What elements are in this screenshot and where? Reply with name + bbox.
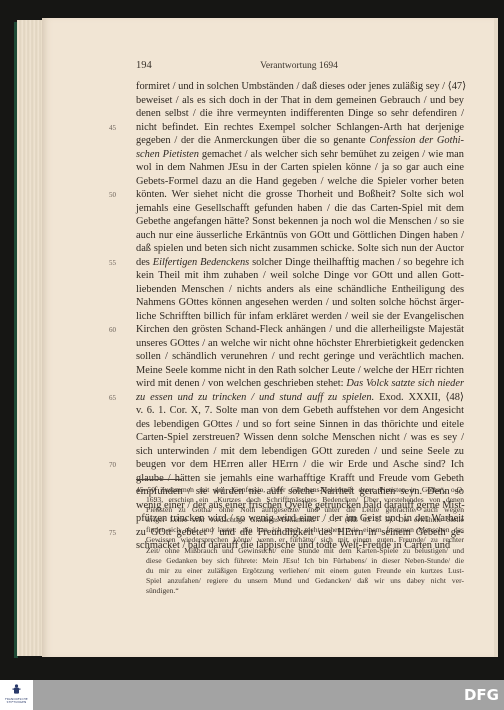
main-text-block: formiret / und in solchen Umbständen / d… — [136, 80, 464, 553]
text-line: 70beugen vor dem HErren aller HErrn / di… — [136, 458, 464, 472]
page-header: 194 Verantwortung 1694 — [136, 60, 462, 74]
library-logo-text: FRANCKESCHE STIFTUNGEN — [2, 698, 31, 705]
text-line: unseres GOttes / an welche wir nicht ohn… — [136, 337, 464, 351]
footnote-line: findet sich ebd. und lautet: „So kan ich… — [136, 525, 464, 535]
footnote-line: sündigen.“ — [136, 586, 464, 596]
text-line: wird mit denen / von welchen geschrieben… — [136, 377, 464, 391]
text-line: formiret / und in solchen Umbständen / d… — [136, 80, 464, 94]
orphan-figure-icon — [12, 684, 21, 695]
text-line: liche Schrifften billich für infam erklä… — [136, 310, 464, 324]
text-line: sich unterwinden / mit dem lebendigen GO… — [136, 445, 464, 459]
text-line: sollen / schändlich verunehren / und rec… — [136, 350, 464, 364]
text-line: wol in dem Nahmen JEsu in der Carten spi… — [136, 161, 464, 175]
text-line: 60Kirchen den grösten Schand-Fleck anhän… — [136, 323, 464, 337]
text-line: liebenden Menschen / nichts anders als e… — [136, 283, 464, 297]
viewer-footer-bar — [0, 680, 504, 710]
footnote-line: du mir zu einer zuläßigen Ergötzung verl… — [136, 566, 464, 576]
running-title: Verantwortung 1694 — [136, 61, 462, 71]
line-number: 50 — [109, 189, 127, 203]
line-number: 45 — [109, 122, 127, 136]
footnote-line: irriger Lehre sehr verdächtige Glaubens-… — [136, 515, 464, 525]
dfg-logo[interactable]: DFG — [464, 686, 499, 704]
text-line: auch nur eine äusserliche Erkäntnüs von … — [136, 229, 464, 243]
line-number: 75 — [109, 527, 127, 541]
text-line: glaube / hätten sie jemahls eine warhaff… — [136, 472, 464, 486]
text-line: gegeben / der die Anmerckungen über die … — [136, 134, 464, 148]
footnote-line: 45–50 Zusammen mit der „Confessio, Oder … — [136, 485, 464, 495]
line-number: 70 — [109, 459, 127, 473]
page-stack-edges — [17, 20, 45, 656]
text-line: Gebethe angefangen hätte? Sonst bekennen… — [136, 215, 464, 229]
text-line: des lebendigen GOttes / und so fort sein… — [136, 418, 464, 432]
footnote-line: Zeit/ ohne Mißbrauch und Gewinsucht/ ein… — [136, 546, 464, 556]
line-number: 60 — [109, 324, 127, 338]
text-line: schen Pietisten gemachet / als welcher s… — [136, 148, 464, 162]
text-line: Meine Seele komme nicht in den Rath solc… — [136, 364, 464, 378]
text-line: Carten-Spiel zerstreuen? Wissen denn sol… — [136, 431, 464, 445]
text-line: 55des Eilfertigen Bedenckens solcher Din… — [136, 256, 464, 270]
text-line: daß spielen und beten sich nicht zusamme… — [136, 242, 464, 256]
text-line: Gebets-Formel dazu an die Hand gegeben /… — [136, 175, 464, 189]
footnote-line: Spiel anzufahen/ regiere du unsern Mund … — [136, 576, 464, 586]
footnote-block: 45–50 Zusammen mit der „Confessio, Oder … — [136, 485, 464, 596]
library-logo[interactable]: FRANCKESCHE STIFTUNGEN — [0, 680, 33, 710]
text-line: jemahls eine Gesellschafft gefunden habe… — [136, 202, 464, 216]
text-line: 50könten. Wer siehet nicht die grosse Th… — [136, 188, 464, 202]
text-line: 65zu essen und zu trincken / und stund a… — [136, 391, 464, 405]
footnote-line: diese Gedanken bey sich führete: Mein JE… — [136, 556, 464, 566]
text-line: denen selbst / die ihre vermeynten indif… — [136, 107, 464, 121]
footnote-rule — [136, 479, 182, 480]
text-line: v. 6. 1. Cor. X, 7. Solte man von dem Ge… — [136, 404, 464, 418]
text-line: kein Theil mit ihm zuhaben / weil solche… — [136, 269, 464, 283]
line-number: 55 — [109, 257, 127, 271]
line-number: 65 — [109, 392, 127, 406]
page-right-edge — [494, 18, 498, 657]
footnote-line: Gewissen wiedersprechen könte/ wenn er f… — [136, 535, 464, 545]
text-line: Nahmens GOttes können angesehen werden /… — [136, 296, 464, 310]
text-line: 45nicht befindet. Ein rechtes Exempel so… — [136, 121, 464, 135]
footnote-line: 1693, erschien ein „Kurtzes doch Schriff… — [136, 495, 464, 505]
text-line: beweiset / als es sich doch in der That … — [136, 94, 464, 108]
footnote-line: Pietisten zu Gotha/ ohne Noth auffgesetz… — [136, 505, 464, 515]
